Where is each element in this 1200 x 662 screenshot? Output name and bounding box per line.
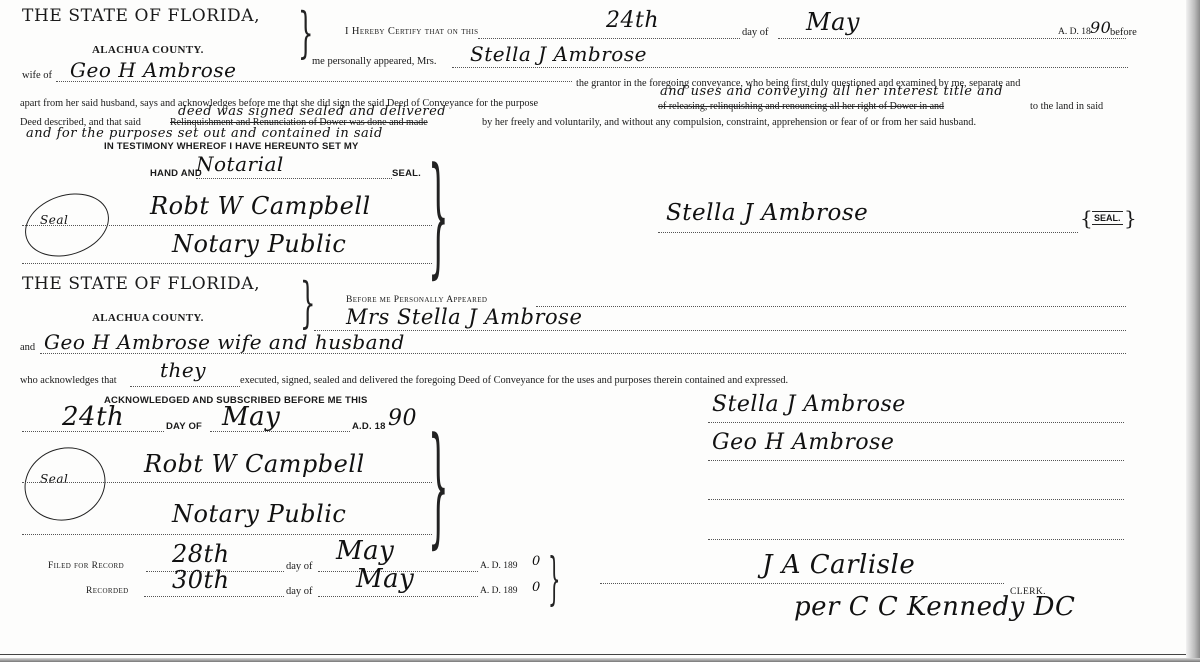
deputy-signature: per C C Kennedy DC (794, 592, 1075, 622)
page-edge-shadow (1186, 0, 1200, 662)
clerk-sig-line (600, 583, 1004, 584)
appeared-name-line-2 (314, 330, 1126, 331)
certify-month: May (806, 8, 860, 36)
notary-title: Notary Public (172, 230, 346, 258)
appeared-field-line (452, 67, 1128, 68)
filed-year: 0 (532, 554, 541, 569)
signer-2: Geo H Ambrose (712, 430, 894, 455)
ack-year: 90 (388, 406, 417, 431)
and-label: and (20, 342, 35, 353)
seal-brace-left: { (1080, 206, 1093, 230)
county-heading-2: ALACHUA COUNTY. (92, 312, 204, 324)
certify-day: 24th (606, 8, 659, 33)
signer-line-4 (708, 539, 1124, 540)
insert-purposes: and for the purposes set out and contain… (26, 126, 383, 141)
brace-acknowledgment: } (428, 420, 449, 550)
notary-title-line-2 (22, 534, 432, 535)
recorded-label: Recorded (86, 586, 129, 596)
grantor-sig-line (658, 232, 1078, 233)
before-me-line (536, 306, 1126, 307)
bottom-rule (0, 654, 1190, 655)
second-name: Geo H Ambrose wife and husband (44, 330, 405, 354)
notary-signature-2: Robt W Campbell (144, 450, 365, 478)
grantor-signature: Stella J Ambrose (666, 200, 868, 226)
husband-name: Geo H Ambrose (70, 58, 236, 82)
recorded-day-of-label: day of (286, 586, 313, 597)
ack-day-of-label: DAY OF (166, 421, 202, 432)
appeared-label: me personally appeared, Mrs. (312, 56, 437, 67)
line3-end: by her freely and voluntarily, and witho… (482, 117, 976, 128)
line2-end: to the land in said (1030, 101, 1103, 112)
ack-day: 24th (62, 402, 124, 432)
testimony-label: IN TESTIMONY WHEREOF I HAVE HEREUNTO SET… (104, 141, 359, 152)
notary-sig-line-2 (22, 482, 432, 483)
recorded-ad-label: A. D. 189 (480, 586, 517, 596)
insert-uses-conveying: and uses and conveying all her interest … (660, 84, 1003, 99)
appeared-name: Stella J Ambrose (470, 42, 647, 66)
signer-line-1 (708, 422, 1124, 423)
signer-line-2 (708, 460, 1124, 461)
notary-title-2: Notary Public (172, 500, 346, 528)
brace-2: } (300, 276, 315, 330)
notary-sig-line (22, 225, 432, 226)
day-of-label: day of (742, 27, 769, 38)
notary-title-line (22, 263, 432, 264)
certify-prefix: I Hereby Certify that on this (345, 26, 478, 37)
seal-type: Notarial (196, 152, 284, 176)
seal-label: SEAL. (392, 168, 421, 179)
state-heading-2: THE STATE OF FLORIDA, (22, 274, 260, 294)
executed-text: executed, signed, sealed and delivered t… (240, 375, 788, 386)
seal-box: SEAL. (1092, 211, 1123, 225)
hand-and-label: HAND AND (150, 168, 202, 179)
page-bottom-edge (0, 658, 1200, 662)
month-field-line (778, 38, 1126, 39)
signer-1: Stella J Ambrose (712, 392, 906, 417)
certify-year: 90 (1090, 18, 1111, 37)
recorded-month-line (318, 596, 478, 597)
appeared-name-2: Mrs Stella J Ambrose (346, 305, 582, 329)
recorded-day-line (144, 596, 284, 597)
brace-recording: } (548, 552, 560, 608)
signer-line-3 (708, 499, 1124, 500)
brace-testimony: } (428, 150, 449, 280)
before-label: before (1110, 27, 1137, 38)
before-me-label: Before me Personally Appeared (346, 295, 487, 305)
recorded-year: 0 (532, 580, 541, 595)
seal-brace-right: } (1124, 206, 1137, 230)
clerk-signature: J A Carlisle (762, 550, 915, 580)
filed-month: May (336, 536, 394, 566)
pronoun: they (160, 358, 206, 382)
brace-1: } (298, 6, 313, 60)
county-heading-1: ALACHUA COUNTY. (92, 44, 204, 56)
day-field-line (478, 38, 740, 39)
recorded-month: May (356, 564, 414, 594)
ad-label: A. D. 18 (1058, 27, 1091, 37)
filed-ad-label: A. D. 189 (480, 561, 517, 571)
filed-day: 28th (172, 540, 230, 568)
notary-signature: Robt W Campbell (150, 192, 371, 220)
ack-month: May (222, 402, 280, 432)
pronoun-line (130, 386, 240, 387)
recorded-day: 30th (172, 566, 230, 594)
wife-of-label: wife of (22, 70, 52, 81)
notary-seal-mark-2: Seal (40, 472, 68, 486)
filed-label: Filed for Record (48, 561, 124, 571)
line2-struck: of releasing, relinquishing and renounci… (658, 101, 944, 112)
deed-acknowledgment-page: THE STATE OF FLORIDA, } ALACHUA COUNTY. … (0, 0, 1200, 662)
ack-ad-label: A.D. 18 (352, 421, 386, 432)
acknowledges-label: who acknowledges that (20, 375, 117, 386)
seal-type-line (196, 178, 392, 179)
state-heading-1: THE STATE OF FLORIDA, (22, 6, 260, 26)
filed-day-of-label: day of (286, 561, 313, 572)
